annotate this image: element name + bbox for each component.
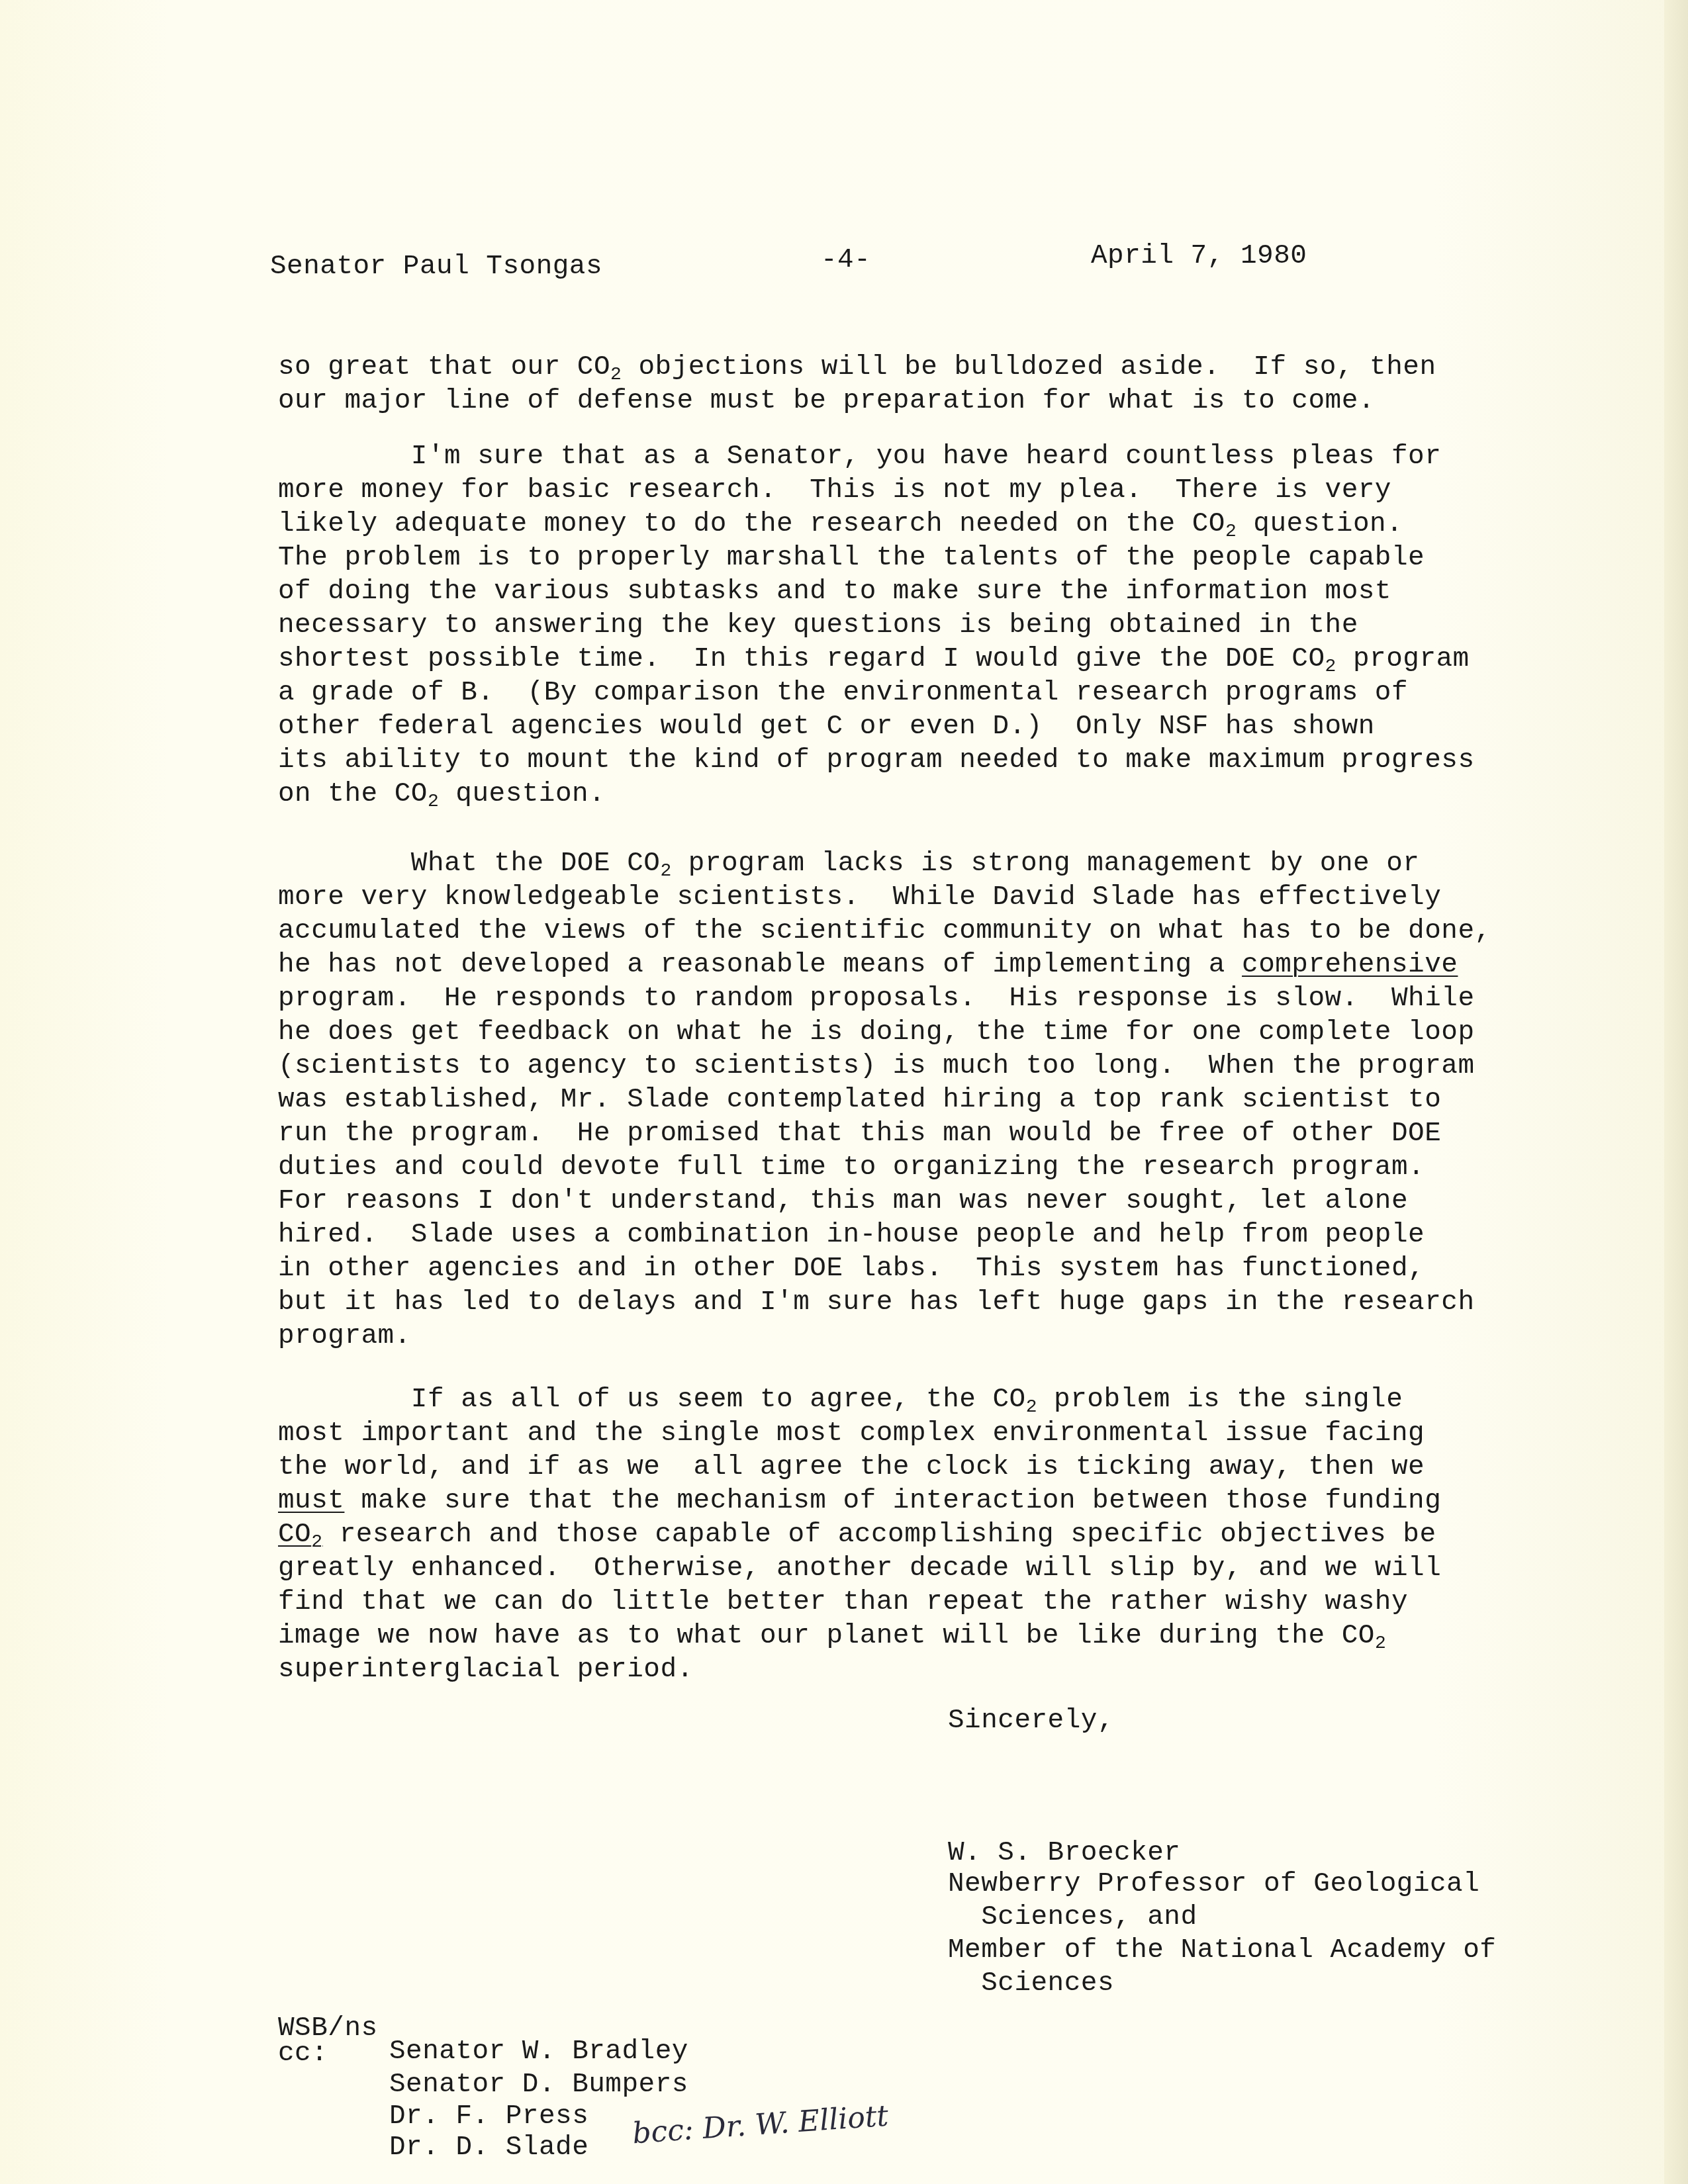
text-line: necessary to answering the key questions… — [278, 609, 1475, 643]
paragraph-1: so great that our CO2 objections will be… — [278, 351, 1436, 418]
text-line: greatly enhanced. Otherwise, another dec… — [278, 1552, 1441, 1586]
text-line: other federal agencies would get C or ev… — [278, 710, 1475, 744]
page-edge — [1664, 0, 1688, 2184]
page-number: -4- — [821, 244, 870, 277]
letter-date: April 7, 1980 — [1091, 240, 1307, 273]
text-line: What the DOE CO2 program lacks is strong… — [278, 847, 1491, 881]
text-line: our major line of defense must be prepar… — [278, 385, 1436, 418]
text-line: its ability to mount the kind of program… — [278, 744, 1475, 778]
text-line: on the CO2 question. — [278, 778, 1475, 811]
signer-title-2: Sciences, and — [948, 1901, 1197, 1934]
text-line: likely adequate money to do the research… — [278, 508, 1475, 541]
paragraph-4: If as all of us seem to agree, the CO2 p… — [278, 1383, 1441, 1687]
text-line: The problem is to properly marshall the … — [278, 541, 1475, 575]
text-line: CO2 research and those capable of accomp… — [278, 1518, 1441, 1552]
text-line: run the program. He promised that this m… — [278, 1117, 1491, 1151]
text-line: a grade of B. (By comparison the environ… — [278, 676, 1475, 710]
paragraph-2: I'm sure that as a Senator, you have hea… — [278, 440, 1475, 811]
text-line: (scientists to agency to scientists) is … — [278, 1050, 1491, 1083]
text-line: accumulated the views of the scientific … — [278, 915, 1491, 948]
text-line: find that we can do little better than r… — [278, 1586, 1441, 1619]
text-line: program. — [278, 1320, 1491, 1353]
text-line: in other agencies and in other DOE labs.… — [278, 1252, 1491, 1286]
cc-recipient: Senator W. Bradley — [389, 2035, 688, 2069]
cc-recipient: Dr. D. Slade — [389, 2131, 588, 2165]
text-line: If as all of us seem to agree, the CO2 p… — [278, 1383, 1441, 1417]
text-line: of doing the various subtasks and to mak… — [278, 575, 1475, 609]
signer-title-3: Member of the National Academy of — [948, 1934, 1496, 1968]
text-line: must make sure that the mechanism of int… — [278, 1484, 1441, 1518]
cc-recipient: Dr. F. Press — [389, 2100, 588, 2134]
text-line: most important and the single most compl… — [278, 1417, 1441, 1451]
text-line: image we now have as to what our planet … — [278, 1619, 1441, 1653]
text-line: duties and could devote full time to org… — [278, 1151, 1491, 1185]
recipient-header: Senator Paul Tsongas — [270, 250, 602, 284]
signer-title-1: Newberry Professor of Geological — [948, 1868, 1479, 1901]
text-line: was established, Mr. Slade contemplated … — [278, 1083, 1491, 1117]
closing-salutation: Sincerely, — [948, 1704, 1114, 1738]
text-line: he does get feedback on what he is doing… — [278, 1016, 1491, 1050]
text-line: program. He responds to random proposals… — [278, 982, 1491, 1016]
cc-label: cc: — [278, 2037, 328, 2071]
text-line: but it has led to delays and I'm sure ha… — [278, 1286, 1491, 1320]
text-line: shortest possible time. In this regard I… — [278, 643, 1475, 676]
text-line: For reasons I don't understand, this man… — [278, 1185, 1491, 1218]
signer-name: W. S. Broecker — [948, 1837, 1180, 1870]
text-line: more very knowledgeable scientists. Whil… — [278, 881, 1491, 915]
signer-title-4: Sciences — [948, 1967, 1114, 2001]
text-line: so great that our CO2 objections will be… — [278, 351, 1436, 385]
text-line: more money for basic research. This is n… — [278, 474, 1475, 508]
text-line: I'm sure that as a Senator, you have hea… — [278, 440, 1475, 474]
paragraph-3: What the DOE CO2 program lacks is strong… — [278, 847, 1491, 1353]
cc-recipient: Senator D. Bumpers — [389, 2068, 688, 2102]
text-line: he has not developed a reasonable means … — [278, 948, 1491, 982]
text-line: hired. Slade uses a combination in-house… — [278, 1218, 1491, 1252]
text-line: superinterglacial period. — [278, 1653, 1441, 1687]
text-line: the world, and if as we all agree the cl… — [278, 1451, 1441, 1484]
